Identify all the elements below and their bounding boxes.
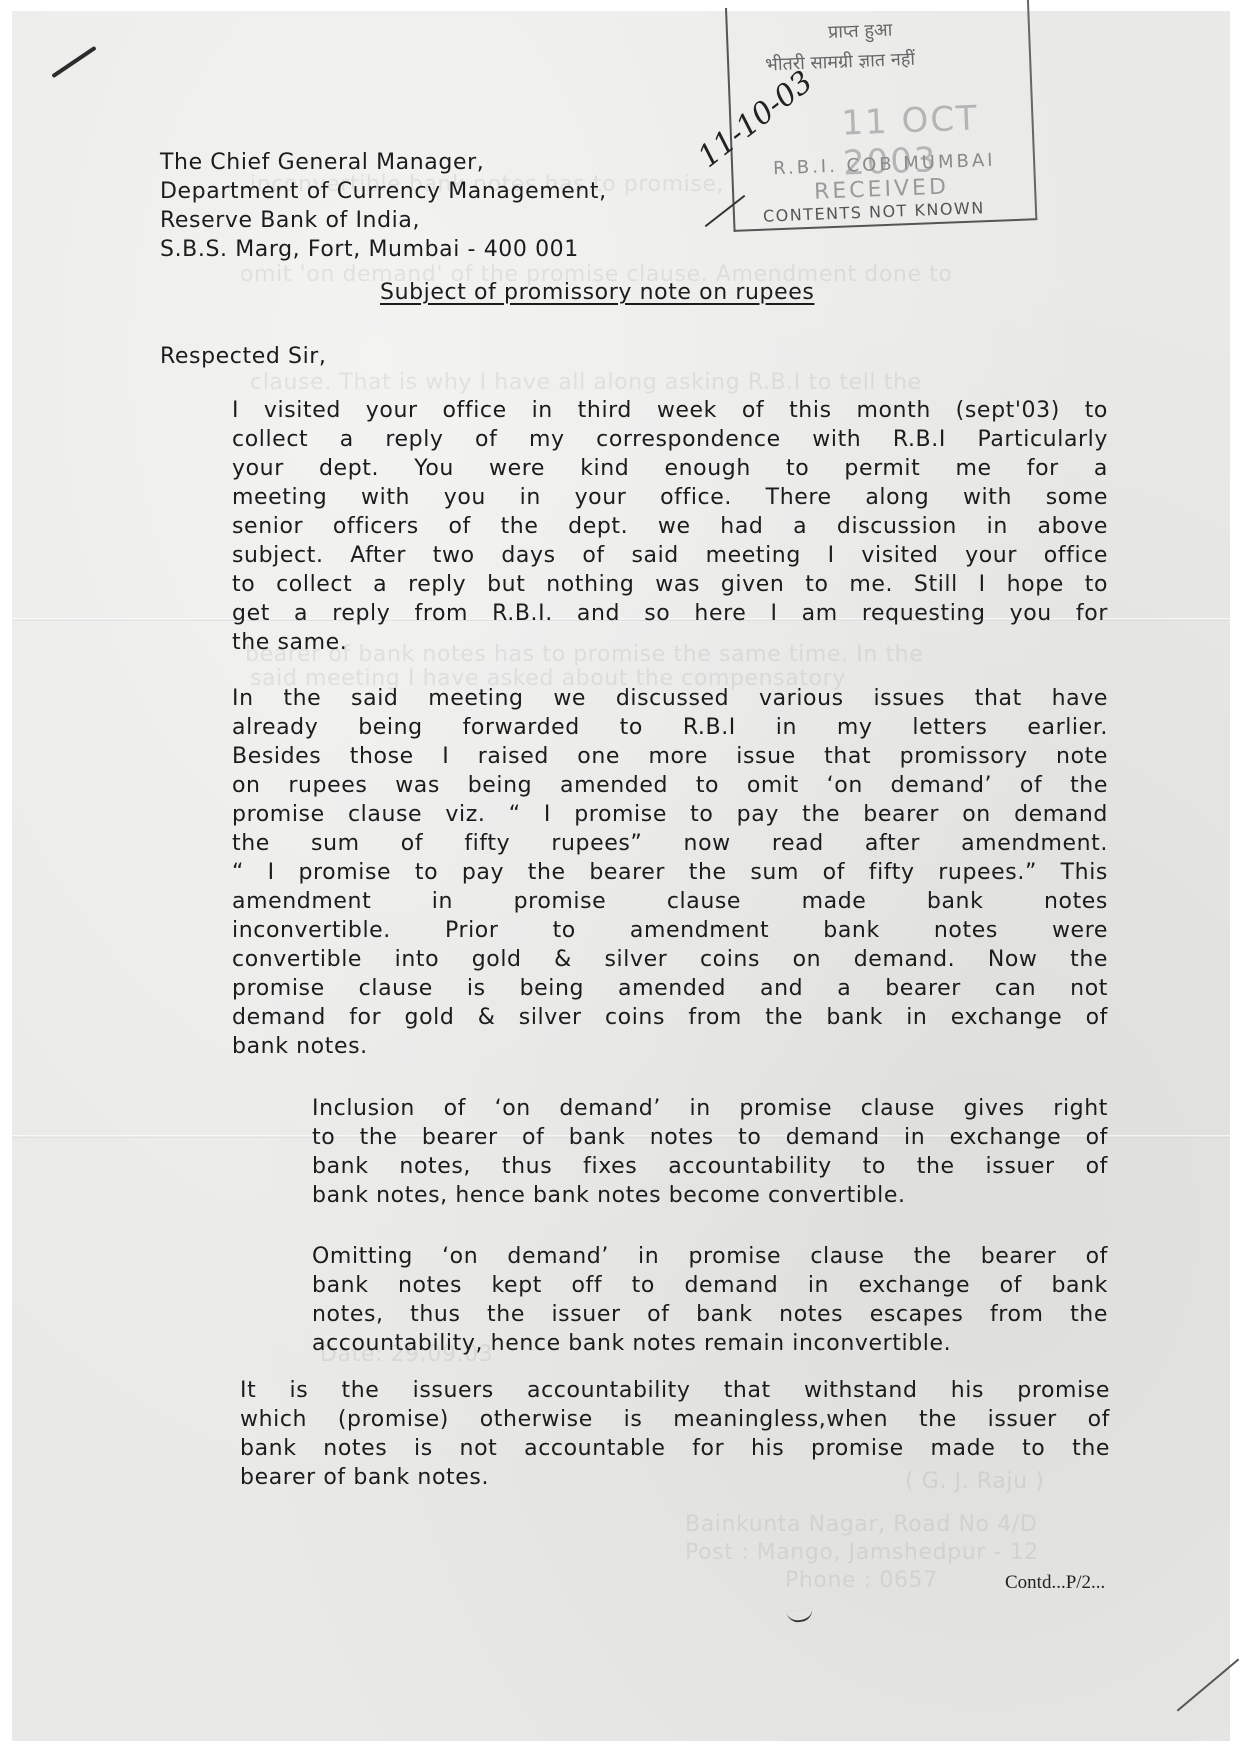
paragraph-line: the sum of fifty rupees” now read after … [232,829,1108,858]
recipient-line: Department of Currency Management, [160,177,607,206]
paragraph-line: to the bearer of bank notes to demand in… [312,1123,1108,1152]
salutation: Respected Sir, [160,344,327,369]
paragraph-line: meeting with you in your office. There a… [232,483,1108,512]
paragraph-line: notes, thus the issuer of bank notes esc… [312,1300,1108,1329]
paragraph-line: demand for gold & silver coins from the … [232,1003,1108,1032]
paragraph-line: inconvertible. Prior to amendment bank n… [232,916,1108,945]
recipient-line: Reserve Bank of India, [160,206,607,235]
paragraph-line: promise clause is being amended and a be… [232,974,1108,1003]
paragraph-line: bank notes is not accountable for his pr… [240,1434,1110,1463]
stamp-note: CONTENTS NOT KNOWN [763,198,985,226]
paragraph-line: get a reply from R.B.I. and so here I am… [232,599,1108,628]
paragraph-line: In the said meeting we discussed various… [232,684,1108,713]
paragraph-line: Besides those I raised one more issue th… [232,742,1108,771]
paragraph-line: convertible into gold & silver coins on … [232,945,1108,974]
paragraph-line: bank notes, hence bank notes become conv… [312,1181,1108,1210]
paragraph-line: accountability, hence bank notes remain … [312,1329,1108,1358]
paragraph-line: the same. [232,628,1108,657]
paragraph-line: bank notes, thus fixes accountability to… [312,1152,1108,1181]
paragraph-line: to collect a reply but nothing was given… [232,570,1108,599]
recipient-line: The Chief General Manager, [160,148,607,177]
paragraph-line: collect a reply of my correspondence wit… [232,425,1108,454]
paragraph-line: your dept. You were kind enough to permi… [232,454,1108,483]
paragraph-line: on rupees was being amended to omit ‘on … [232,771,1108,800]
paragraph-line: Inclusion of ‘on demand’ in promise clau… [312,1094,1108,1123]
paragraph-line: already being forwarded to R.B.I in my l… [232,713,1108,742]
subject-line: Subject of promissory note on rupees [380,280,814,305]
recipient-address: The Chief General Manager, Department of… [160,148,607,264]
paragraph-line: “ I promise to pay the bearer the sum of… [232,858,1108,887]
stamp-hindi-received: प्राप्त हुआ [828,18,893,44]
body-paragraph: In the said meeting we discussed various… [232,684,1108,1061]
paragraph-line: bank notes. [232,1032,1108,1061]
paragraph-line: Omitting ‘on demand’ in promise clause t… [312,1242,1108,1271]
paragraph-line: amendment in promise clause made bank no… [232,887,1108,916]
recipient-line: S.B.S. Marg, Fort, Mumbai - 400 001 [160,235,607,264]
paragraph-line: I visited your office in third week of t… [232,396,1108,425]
paragraph-line: which (promise) otherwise is meaningless… [240,1405,1110,1434]
paragraph-line: bank notes kept off to demand in exchang… [312,1271,1108,1300]
indented-paragraph-inclusion: Inclusion of ‘on demand’ in promise clau… [312,1094,1108,1210]
continued-page-marker: Contd...P/2... [1005,1572,1105,1594]
paragraph-line: It is the issuers accountability that wi… [240,1376,1110,1405]
body-paragraph: It is the issuers accountability that wi… [240,1376,1110,1492]
paragraph-line: senior officers of the dept. we had a di… [232,512,1108,541]
body-paragraph: I visited your office in third week of t… [232,396,1108,657]
indented-paragraph-omission: Omitting ‘on demand’ in promise clause t… [312,1242,1108,1358]
paragraph-line: subject. After two days of said meeting … [232,541,1108,570]
paragraph-line: promise clause viz. “ I promise to pay t… [232,800,1108,829]
paragraph-line: bearer of bank notes. [240,1463,1110,1492]
